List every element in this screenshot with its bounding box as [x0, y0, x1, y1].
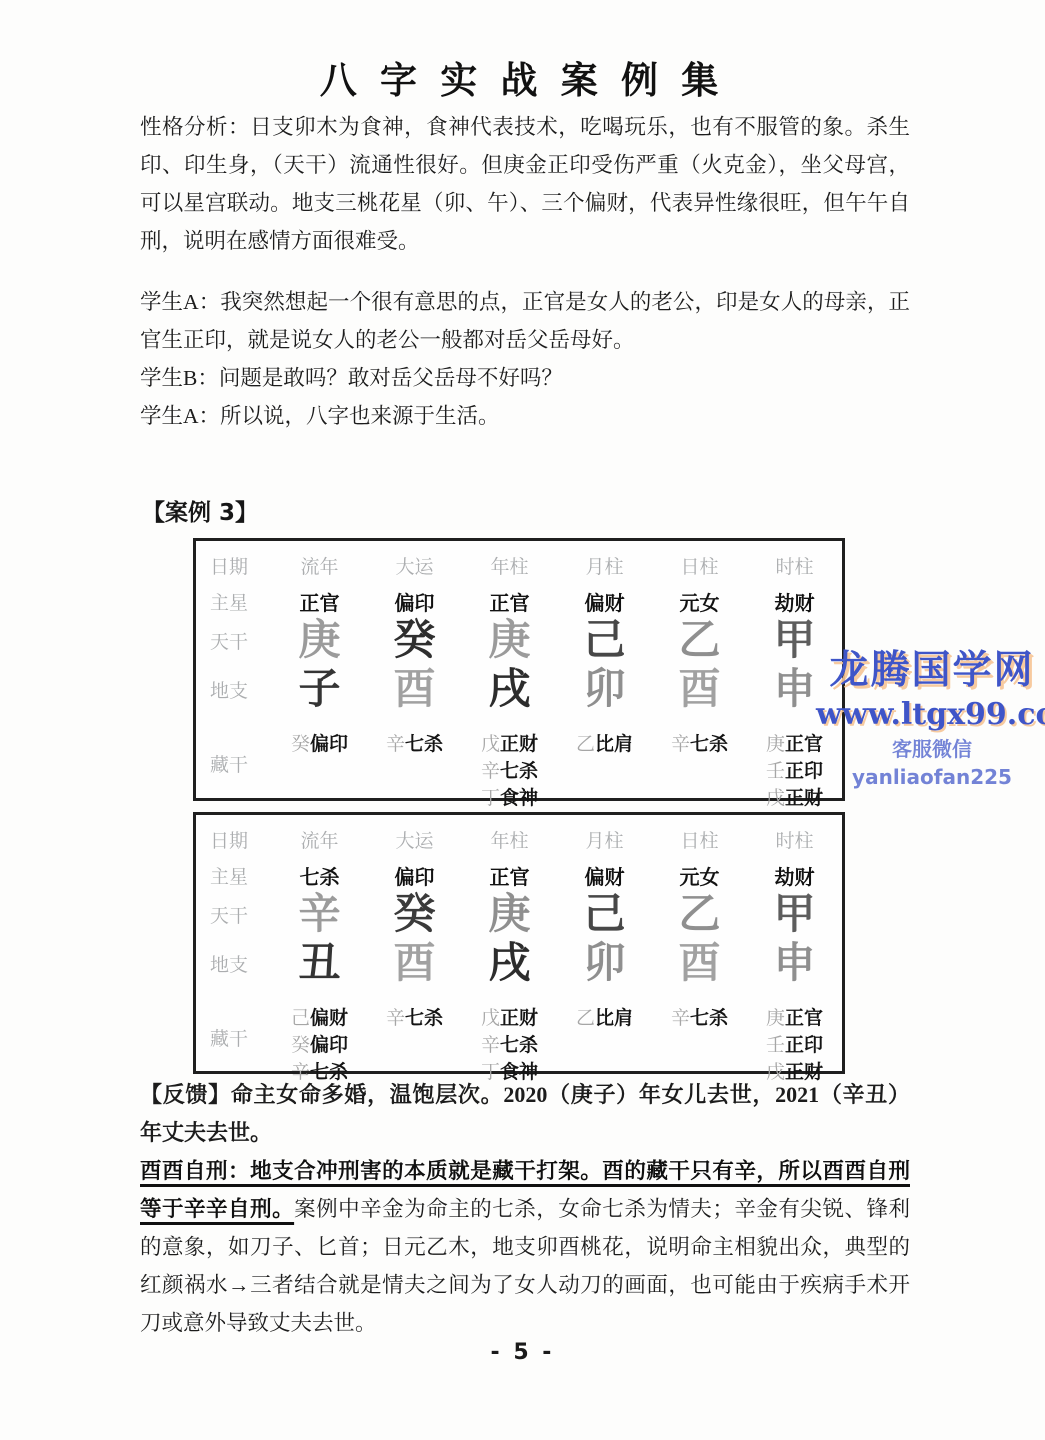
column-header: 大运	[367, 545, 462, 585]
hidden-stem-char: 辛	[671, 1007, 690, 1029]
hidden-stem-entry: 辛七杀	[481, 1032, 538, 1059]
row-label-hidden-stem: 藏干	[196, 715, 272, 812]
hidden-stem-char: 戊	[481, 1007, 500, 1029]
hidden-stem-entry: 乙比肩	[576, 1005, 633, 1032]
row-label-hidden-stem: 藏干	[196, 989, 272, 1086]
hidden-stem-star: 正财	[500, 1007, 538, 1029]
earthly-branch-cell: 酉	[652, 663, 747, 715]
heavenly-stem-cell: 甲	[747, 891, 842, 937]
column-header: 时柱	[747, 545, 842, 585]
column-header: 日柱	[652, 545, 747, 585]
hidden-stem-entry: 辛七杀	[386, 1005, 443, 1032]
main-star-cell: 劫财	[747, 859, 842, 891]
hidden-stem-entry: 乙比肩	[576, 731, 633, 758]
heavenly-stem-cell: 甲	[747, 617, 842, 663]
row-label-date: 日期	[196, 819, 272, 859]
hidden-stem-star: 正财	[500, 733, 538, 755]
hidden-stem-char: 乙	[576, 1007, 595, 1029]
column-header: 流年	[272, 545, 367, 585]
hidden-stem-char: 辛	[386, 733, 405, 755]
dialog-line-student-a-1: 学生A：我突然想起一个很有意思的点，正官是女人的老公，印是女人的母亲，正官生正印…	[140, 283, 910, 359]
heavenly-stem-cell: 癸	[367, 891, 462, 937]
hidden-stem-char: 丁	[481, 787, 500, 809]
hidden-stem-entry: 庚正官	[766, 1005, 823, 1032]
hidden-stem-cell: 辛七杀	[652, 989, 747, 1086]
hidden-stem-entry: 戊正财	[481, 1005, 538, 1032]
earthly-branch-cell: 酉	[367, 663, 462, 715]
main-star-cell: 偏印	[367, 585, 462, 617]
row-label-heavenly-stem: 天干	[196, 891, 272, 937]
hidden-stem-star: 偏财	[310, 1007, 348, 1029]
hidden-stem-char: 庚	[766, 733, 785, 755]
column-header: 日柱	[652, 819, 747, 859]
feedback-label: 【反馈】	[140, 1082, 231, 1107]
hidden-stem-char: 癸	[291, 1034, 310, 1056]
earthly-branch-cell: 申	[747, 663, 842, 715]
hidden-stem-entry: 癸偏印	[291, 1032, 348, 1059]
main-star-cell: 正官	[462, 585, 557, 617]
hidden-stem-cell: 戊正财辛七杀丁食神	[462, 715, 557, 812]
hidden-stem-entry: 庚正官	[766, 731, 823, 758]
hidden-stem-star: 七杀	[500, 1034, 538, 1056]
column-header: 年柱	[462, 819, 557, 859]
hidden-stem-entry: 癸偏印	[291, 731, 348, 758]
earthly-branch-cell: 戌	[462, 663, 557, 715]
hidden-stem-entry: 丁食神	[481, 785, 538, 812]
row-label-earthly-branch: 地支	[196, 937, 272, 989]
bazi-chart-table-1: 日期流年大运年柱月柱日柱时柱主星正官偏印正官偏财元女劫财天干庚癸庚己乙甲地支子酉…	[193, 538, 845, 801]
heavenly-stem-cell: 己	[557, 891, 652, 937]
hidden-stem-star: 比肩	[595, 1007, 633, 1029]
hidden-stem-cell: 辛七杀	[367, 989, 462, 1086]
hidden-stem-char: 癸	[291, 733, 310, 755]
feedback-paragraph: 【反馈】命主女命多婚，温饱层次。2020（庚子）年女儿去世，2021（辛丑）年丈…	[140, 1076, 910, 1152]
earthly-branch-cell: 丑	[272, 937, 367, 989]
earthly-branch-cell: 申	[747, 937, 842, 989]
column-header: 月柱	[557, 545, 652, 585]
hidden-stem-entry: 戊正财	[481, 731, 538, 758]
hidden-stem-star: 偏印	[310, 1034, 348, 1056]
hidden-stem-cell: 乙比肩	[557, 989, 652, 1086]
watermark: 龙腾国学网 www.ltgx99.com 客服微信 yanliaofan225	[816, 648, 1045, 791]
dialog-line-student-a-2: 学生A：所以说，八字也来源于生活。	[140, 397, 910, 435]
main-star-cell: 正官	[462, 859, 557, 891]
hidden-stem-char: 辛	[386, 1007, 405, 1029]
analysis-paragraph: 酉酉自刑：地支合冲刑害的本质就是藏干打架。酉的藏干只有辛，所以酉酉自刑等于辛辛自…	[140, 1152, 910, 1342]
hidden-stem-cell: 乙比肩	[557, 715, 652, 812]
main-star-cell: 元女	[652, 585, 747, 617]
hidden-stem-char: 壬	[766, 760, 785, 782]
student-dialog: 学生A：我突然想起一个很有意思的点，正官是女人的老公，印是女人的母亲，正官生正印…	[140, 283, 910, 435]
hidden-stem-char: 戊	[766, 787, 785, 809]
heavenly-stem-cell: 乙	[652, 617, 747, 663]
earthly-branch-cell: 卯	[557, 663, 652, 715]
hidden-stem-star: 七杀	[405, 1007, 443, 1029]
hidden-stem-star: 正官	[785, 1007, 823, 1029]
hidden-stem-star: 七杀	[500, 760, 538, 782]
watermark-wechat-contact: 客服微信 yanliaofan225	[816, 735, 1045, 791]
hidden-stem-star: 偏印	[310, 733, 348, 755]
page-number: - 5 -	[0, 1340, 1045, 1365]
column-header: 大运	[367, 819, 462, 859]
heavenly-stem-cell: 辛	[272, 891, 367, 937]
row-label-date: 日期	[196, 545, 272, 585]
hidden-stem-entry: 辛七杀	[671, 1005, 728, 1032]
bazi-chart-table-2: 日期流年大运年柱月柱日柱时柱主星七杀偏印正官偏财元女劫财天干辛癸庚己乙甲地支丑酉…	[193, 812, 845, 1074]
main-star-cell: 七杀	[272, 859, 367, 891]
hidden-stem-cell: 辛七杀	[367, 715, 462, 812]
main-star-cell: 元女	[652, 859, 747, 891]
hidden-stem-star: 七杀	[690, 733, 728, 755]
hidden-stem-star: 正印	[785, 1034, 823, 1056]
case-heading: 【案例 3】	[142, 494, 258, 527]
document-page: 八 字 实 战 案 例 集 性格分析：日支卯木为食神，食神代表技术，吃喝玩乐，也…	[0, 0, 1045, 1440]
hidden-stem-star: 七杀	[690, 1007, 728, 1029]
dialog-line-student-b: 学生B：问题是敢吗？敢对岳父岳母不好吗？	[140, 359, 910, 397]
hidden-stem-char: 乙	[576, 733, 595, 755]
hidden-stem-entry: 辛七杀	[671, 731, 728, 758]
main-star-cell: 偏印	[367, 859, 462, 891]
personality-analysis-paragraph: 性格分析：日支卯木为食神，食神代表技术，吃喝玩乐，也有不服管的象。杀生印、印生身…	[140, 108, 910, 260]
row-label-heavenly-stem: 天干	[196, 617, 272, 663]
hidden-stem-entry: 壬正印	[766, 758, 823, 785]
earthly-branch-cell: 酉	[367, 937, 462, 989]
heavenly-stem-cell: 癸	[367, 617, 462, 663]
main-star-cell: 劫财	[747, 585, 842, 617]
column-header: 时柱	[747, 819, 842, 859]
column-header: 年柱	[462, 545, 557, 585]
row-label-earthly-branch: 地支	[196, 663, 272, 715]
hidden-stem-cell: 癸偏印	[272, 715, 367, 812]
heavenly-stem-cell: 庚	[462, 617, 557, 663]
earthly-branch-cell: 酉	[652, 937, 747, 989]
main-star-cell: 偏财	[557, 859, 652, 891]
main-star-cell: 偏财	[557, 585, 652, 617]
row-label-main-star: 主星	[196, 585, 272, 617]
earthly-branch-cell: 卯	[557, 937, 652, 989]
hidden-stem-char: 戊	[481, 733, 500, 755]
hidden-stem-star: 食神	[500, 787, 538, 809]
hidden-stem-char: 己	[291, 1007, 310, 1029]
hidden-stem-cell: 庚正官壬正印戊正财	[747, 715, 842, 812]
watermark-site-url: www.ltgx99.com	[816, 695, 1045, 736]
column-header: 月柱	[557, 819, 652, 859]
heavenly-stem-cell: 己	[557, 617, 652, 663]
hidden-stem-entry: 壬正印	[766, 1032, 823, 1059]
heavenly-stem-cell: 乙	[652, 891, 747, 937]
hidden-stem-entry: 己偏财	[291, 1005, 348, 1032]
hidden-stem-cell: 庚正官壬正印戊正财	[747, 989, 842, 1086]
feedback-text: 命主女命多婚，温饱层次。2020（庚子）年女儿去世，2021（辛丑）年丈夫去世。	[140, 1082, 910, 1145]
hidden-stem-star: 比肩	[595, 733, 633, 755]
hidden-stem-entry: 辛七杀	[481, 758, 538, 785]
page-title: 八 字 实 战 案 例 集	[0, 50, 1045, 104]
earthly-branch-cell: 子	[272, 663, 367, 715]
earthly-branch-cell: 戌	[462, 937, 557, 989]
hidden-stem-char: 辛	[481, 1034, 500, 1056]
watermark-site-name: 龙腾国学网	[816, 648, 1045, 695]
hidden-stem-entry: 戊正财	[766, 785, 823, 812]
row-label-main-star: 主星	[196, 859, 272, 891]
hidden-stem-cell: 戊正财辛七杀丁食神	[462, 989, 557, 1086]
hidden-stem-star: 正官	[785, 733, 823, 755]
hidden-stem-star: 正财	[785, 787, 823, 809]
main-star-cell: 正官	[272, 585, 367, 617]
hidden-stem-char: 辛	[671, 733, 690, 755]
hidden-stem-char: 辛	[481, 760, 500, 782]
heavenly-stem-cell: 庚	[272, 617, 367, 663]
column-header: 流年	[272, 819, 367, 859]
hidden-stem-cell: 辛七杀	[652, 715, 747, 812]
hidden-stem-star: 正印	[785, 760, 823, 782]
hidden-stem-entry: 辛七杀	[386, 731, 443, 758]
heavenly-stem-cell: 庚	[462, 891, 557, 937]
hidden-stem-star: 七杀	[405, 733, 443, 755]
hidden-stem-char: 庚	[766, 1007, 785, 1029]
hidden-stem-char: 壬	[766, 1034, 785, 1056]
hidden-stem-cell: 己偏财癸偏印辛七杀	[272, 989, 367, 1086]
